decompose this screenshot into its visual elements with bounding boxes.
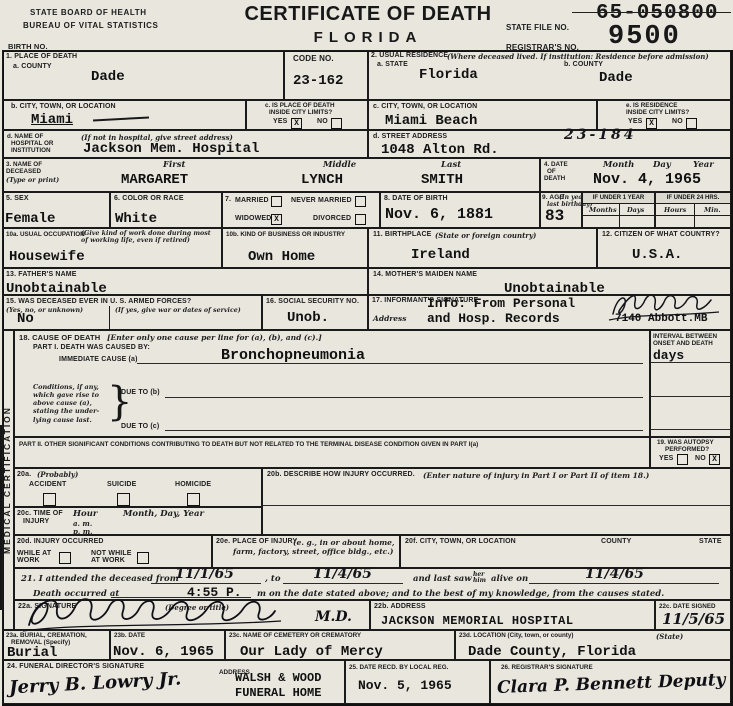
months-label: Months: [589, 206, 617, 214]
field-cause-of-death: 18. CAUSE OF DEATH [Enter only one cause…: [14, 330, 650, 437]
describe-injury-label: 20b. DESCRIBE HOW INJURY OCCURRED.: [267, 471, 415, 479]
attended-to-value: 11/4/65: [313, 566, 372, 582]
field-usual-occupation: 10a. USUAL OCCUPATION (Give kind of work…: [2, 228, 222, 268]
field-date-of-death: 4. DATE OF DEATH Month Day Year Nov. 4, …: [540, 158, 731, 192]
county-value: Dade: [91, 69, 125, 85]
cause-of-death-bracket: [Enter only one cause per line for (a), …: [107, 333, 322, 342]
sex-value: Female: [5, 211, 55, 227]
handwritten-annotation: 23-184: [564, 127, 637, 143]
item20a-num: 20a.: [17, 471, 31, 479]
last-alive-value: 11/4/65: [585, 566, 644, 582]
autopsy-no-label: NO: [695, 455, 706, 463]
marital-num: 7.: [225, 196, 231, 204]
checkbox-never-married: [355, 196, 366, 207]
occupation-label: 10a. USUAL OCCUPATION: [6, 231, 85, 239]
field-interval: INTERVAL BETWEEN ONSET AND DEATH days: [650, 330, 731, 437]
checkbox-death-limits-no: [331, 118, 342, 129]
field-citizen: 12. CITIZEN OF WHAT COUNTRY? U.S.A.: [597, 228, 731, 268]
cause-c-line: [165, 430, 643, 431]
due-to-c-label: DUE TO (c): [121, 423, 159, 431]
hospital-label3: INSTITUTION: [11, 147, 51, 155]
field-date-of-birth: 8. DATE OF BIRTH Nov. 6, 1881: [380, 192, 540, 228]
widowed-label: WIDOWED: [235, 215, 271, 223]
field-cemetery-location: 23d. LOCATION (City, town, or county) (S…: [455, 630, 731, 660]
divider: [656, 215, 732, 216]
code-no-value: 23-162: [293, 73, 343, 89]
funeral-home-line1: WALSH & WOOD: [235, 671, 321, 685]
field-under-1-year: IF UNDER 1 YEAR Months Days: [582, 192, 655, 228]
accident-label: ACCIDENT: [29, 481, 66, 489]
checkbox-while-at-work: [59, 552, 71, 564]
interval-line3: [651, 429, 730, 430]
field-injury-at-work: 20d. INJURY OCCURRED WHILE AT WORK NOT W…: [14, 535, 212, 568]
field-registrar-signature: 26. REGISTRAR'S SIGNATURE Clara P. Benne…: [490, 660, 731, 704]
usual-residence-hint: (Where deceased lived. If institution: R…: [447, 52, 709, 61]
location-value: Dade County, Florida: [468, 644, 636, 660]
injury-occurred-label: 20d. INJURY OCCURRED: [17, 538, 104, 546]
location-label: 23d. LOCATION (City, town, or county): [459, 632, 574, 640]
first-name-label: First: [163, 160, 185, 170]
dod-day-label: Day: [653, 160, 671, 170]
checkbox-residence-limits-yes: X: [646, 118, 657, 129]
birthplace-label: 11. BIRTHPLACE: [373, 231, 432, 239]
injury-county-label: COUNTY: [601, 538, 631, 546]
autopsy-yes-label: YES: [659, 455, 673, 463]
checkbox-widowed: X: [271, 214, 282, 225]
place-of-injury-hint1: (e. g., in or about home,: [293, 538, 395, 547]
hours-label: Hours: [664, 206, 686, 214]
death-limits-yes-label: YES: [273, 118, 287, 126]
residence-state-label: a. STATE: [377, 61, 408, 69]
field-death-inside-limits: c. IS PLACE OF DEATH INSIDE CITY LIMITS?…: [246, 100, 368, 130]
never-married-label: NEVER MARRIED: [291, 197, 352, 205]
residence-limits-no-label: NO: [672, 118, 683, 126]
checkbox-divorced: [355, 214, 366, 225]
checkbox-residence-limits-no: [686, 118, 697, 129]
injury-state-label: STATE: [699, 538, 722, 546]
field-hospital: d. NAME OF HOSPITAL OR INSTITUTION (If n…: [2, 130, 368, 158]
field-under-24-hrs: IF UNDER 24 HRS. Hours Min.: [655, 192, 731, 228]
business-value: Own Home: [248, 249, 315, 265]
death-limits-no-label: NO: [317, 118, 328, 126]
describe-injury-hint: (Enter nature of injury in Part I or Par…: [423, 471, 649, 480]
informant-typed1: Info: From Personal: [427, 296, 575, 311]
field-sex: 5. SEX Female: [2, 192, 110, 228]
field-birthplace: 11. BIRTHPLACE (State or foreign country…: [368, 228, 597, 268]
attended-from-line: [151, 583, 261, 584]
checkbox-mark: X: [294, 119, 299, 128]
informant-address-label: Address: [373, 314, 406, 323]
location-state-hint: (State): [656, 632, 683, 641]
field-accident-suicide-homicide: 20a. (Probably) ACCIDENT SUICIDE HOMICID…: [14, 468, 262, 507]
field-marital-status: 7. MARRIED NEVER MARRIED WIDOWED X DIVOR…: [222, 192, 380, 228]
hospital-value: Jackson Mem. Hospital: [83, 141, 259, 157]
cause-of-death-label: 18. CAUSE OF DEATH: [19, 333, 100, 342]
attended-to-word: , to: [265, 574, 281, 584]
residence-state-value: Florida: [419, 67, 478, 83]
street-address-value: 1048 Alton Rd.: [381, 142, 499, 158]
physician-signature: [21, 593, 331, 635]
conditions-brace: }: [107, 379, 132, 425]
mothers-name-label: 14. MOTHER'S MAIDEN NAME: [373, 271, 477, 279]
field-injury-city: 20f. CITY, TOWN, OR LOCATION COUNTY STAT…: [400, 535, 731, 568]
funeral-director-label: 24. FUNERAL DIRECTOR'S SIGNATURE: [7, 663, 144, 671]
date-received-label: 25. DATE RECD. BY LOCAL REG.: [349, 664, 448, 672]
registrar-signature-label: 26. REGISTRAR'S SIGNATURE: [501, 664, 593, 672]
dod-year-label: Year: [693, 160, 714, 170]
last-name-label: Last: [441, 160, 461, 170]
part2-label: PART II. OTHER SIGNIFICANT CONDITIONS CO…: [19, 441, 639, 449]
cause-a-line: [137, 363, 643, 364]
probably-hint: (Probably): [37, 470, 78, 479]
document-state: FLORIDA: [228, 29, 508, 46]
city-of-death-value: Miami: [31, 112, 73, 128]
race-label: 6. COLOR OR RACE: [114, 195, 184, 203]
funeral-home-line2: FUNERAL HOME: [235, 686, 321, 700]
part1-label: PART I. DEATH WAS CAUSED BY:: [33, 344, 150, 352]
field-color-or-race: 6. COLOR OR RACE White: [110, 192, 222, 228]
name-label2: DECEASED: [6, 168, 41, 176]
not-while-label2: AT WORK: [91, 557, 125, 565]
residence-city-value: Miami Beach: [385, 113, 477, 129]
last-name-value: SMITH: [421, 172, 463, 188]
checkbox-mark: X: [274, 215, 279, 224]
dob-value: Nov. 6, 1881: [385, 206, 493, 223]
checkbox-not-while-at-work: [137, 552, 149, 564]
min-label: Min.: [704, 206, 721, 214]
field-physician-address: 22b. ADDRESS JACKSON MEMORIAL HOSPITAL: [370, 600, 655, 630]
dod-value: Nov. 4, 1965: [593, 171, 701, 188]
field-burial-type: 23a. BURIAL, CREMATION, REMOVAL (Specify…: [2, 630, 110, 660]
burial-value: Burial: [7, 645, 57, 661]
residence-county-value: Dade: [599, 70, 633, 86]
checkbox-homicide: [187, 493, 200, 506]
field-physician-signature: 22a. SIGNATURE (Degree or title) M.D.: [14, 600, 370, 630]
dob-label: 8. DATE OF BIRTH: [384, 195, 448, 203]
checkbox-accident: [43, 493, 56, 506]
state-file-underline: [572, 12, 731, 13]
field-place-of-injury: 20e. PLACE OF INJURY (e. g., in or about…: [212, 535, 400, 568]
checkbox-married: [271, 196, 282, 207]
ssn-label: 16. SOCIAL SECURITY NO.: [266, 298, 359, 306]
state-file-label: STATE FILE NO.: [506, 23, 569, 33]
alive-on-text: alive on: [491, 574, 528, 584]
immediate-cause-label: IMMEDIATE CAUSE (a): [59, 356, 138, 364]
month-day-year-label: Month, Day, Year: [123, 509, 204, 519]
age-value: 83: [545, 207, 564, 225]
burial-date-label: 23b. DATE: [114, 632, 145, 640]
armed-forces-value: No: [17, 311, 34, 327]
attended-to-line: [283, 583, 403, 584]
document-title: CERTIFICATE OF DEATH: [228, 3, 508, 26]
injury-city-label: 20f. CITY, TOWN, OR LOCATION: [405, 538, 516, 546]
place-of-injury-label: 20e. PLACE OF INJURY: [216, 538, 297, 546]
field-residence-inside-limits: e. IS RESIDENCE INSIDE CITY LIMITS? YES …: [597, 100, 731, 130]
field-age: 9. AGE (In years last birthday) 83: [540, 192, 582, 228]
field-informant: 17. INFORMANT'S SIGNATURE Info: From Per…: [368, 295, 731, 330]
armed-forces-label: 15. WAS DECEASED EVER IN U. S. ARMED FOR…: [6, 298, 191, 306]
residence-county-label: b. COUNTY: [564, 61, 603, 69]
field-name-of-deceased: 3. NAME OF DECEASED (Type or print) Firs…: [2, 158, 540, 192]
last-alive-line: [529, 583, 719, 584]
field-fathers-name: 13. FATHER'S NAME Unobtainable: [2, 268, 368, 295]
code-no-label: CODE NO.: [293, 54, 334, 64]
checkbox-mark: X: [712, 455, 717, 464]
city-of-death-label: b. CITY, TOWN, OR LOCATION: [11, 103, 116, 111]
under-24-hrs-header: IF UNDER 24 HRS.: [656, 193, 730, 204]
field-armed-forces: 15. WAS DECEASED EVER IN U. S. ARMED FOR…: [2, 295, 262, 330]
field-time-of-injury: 20c. TIME OF INJURY Hour a. m. p. m. Mon…: [14, 507, 262, 535]
death-limits-label2: INSIDE CITY LIMITS?: [269, 109, 332, 117]
homicide-label: HOMICIDE: [175, 481, 211, 489]
race-value: White: [115, 211, 157, 227]
citizen-label: 12. CITIZEN OF WHAT COUNTRY?: [602, 231, 720, 239]
divider: [109, 306, 110, 329]
name-label3: (Type or print): [6, 176, 59, 184]
physician-degree: M.D.: [315, 609, 352, 625]
fathers-name-label: 13. FATHER'S NAME: [6, 271, 77, 279]
interval-line1: [651, 362, 730, 363]
business-label: 10b. KIND OF BUSINESS OR INDUSTRY: [226, 231, 345, 239]
field-date-signed: 22c. DATE SIGNED 11/5/65: [655, 600, 731, 630]
usual-residence-label: 2. USUAL RESIDENCE: [371, 52, 448, 60]
ssn-value: Unob.: [287, 310, 329, 326]
agency-line2: BUREAU OF VITAL STATISTICS: [23, 21, 158, 31]
checkbox-autopsy-yes: [677, 454, 688, 465]
cause-b-line: [165, 397, 643, 398]
field-cemetery: 23c. NAME OF CEMETERY OR CREMATORY Our L…: [225, 630, 455, 660]
while-at-work-label2: WORK: [17, 557, 40, 565]
date-signed-value: 11/5/65: [662, 610, 725, 628]
residence-limits-label2: INSIDE CITY LIMITS?: [626, 109, 689, 117]
place-of-death-label: 1. PLACE OF DEATH: [6, 53, 77, 61]
middle-name-label: Middle: [323, 160, 356, 170]
cemetery-value: Our Lady of Mercy: [240, 644, 383, 660]
informant-typed2: and Hosp. Records: [427, 311, 560, 326]
him-text: him: [473, 578, 486, 584]
divider: [619, 204, 620, 229]
divider: [694, 204, 695, 229]
citizen-value: U.S.A.: [632, 247, 682, 263]
middle-name-value: LYNCH: [301, 172, 343, 188]
armed-forces-hint2: (If yes, give war or dates of service): [115, 307, 241, 314]
dod-label3: DEATH: [544, 175, 565, 183]
registrar-signature-value: Clara P. Bennett Deputy: [497, 670, 726, 698]
divider: [583, 215, 656, 216]
checkbox-autopsy-no: X: [709, 454, 720, 465]
injury-writein-line: [263, 505, 730, 506]
handwritten-dash: [93, 117, 149, 122]
birthplace-value: Ireland: [411, 247, 470, 263]
checkbox-suicide: [117, 493, 130, 506]
autopsy-label2: PERFORMED?: [665, 446, 709, 454]
field-burial-date: 23b. DATE Nov. 6, 1965: [110, 630, 225, 660]
first-name-value: MARGARET: [121, 172, 188, 188]
conditions-note: Conditions, if any, which gave rise to a…: [33, 383, 107, 424]
field-date-received: 25. DATE RECD. BY LOCAL REG. Nov. 5, 196…: [345, 660, 490, 704]
field-business-industry: 10b. KIND OF BUSINESS OR INDUSTRY Own Ho…: [222, 228, 368, 268]
residence-limits-yes-label: YES: [628, 118, 642, 126]
attended-from-value: 11/1/65: [175, 566, 234, 582]
date-received-value: Nov. 5, 1965: [358, 678, 452, 693]
dod-month-label: Month: [603, 160, 634, 170]
field-street-address: d. STREET ADDRESS 23-184 1048 Alton Rd.: [368, 130, 731, 158]
checkbox-mark: X: [649, 119, 654, 128]
interval-value: days: [653, 348, 684, 363]
field-place-of-death: 1. PLACE OF DEATH a. COUNTY Dade: [2, 50, 284, 100]
sex-label: 5. SEX: [6, 195, 29, 203]
cause-a-value: Bronchopneumonia: [221, 347, 365, 364]
under-1-year-header: IF UNDER 1 YEAR: [583, 193, 654, 204]
field-autopsy: 19. WAS AUTOPSY PERFORMED? YES NO X: [650, 437, 731, 468]
medical-certification-vertical-label: MEDICAL CERTIFICATION: [2, 330, 14, 630]
field-usual-residence: 2. USUAL RESIDENCE (Where deceased lived…: [368, 50, 731, 100]
street-address-label: d. STREET ADDRESS: [373, 133, 447, 141]
cemetery-label: 23c. NAME OF CEMETERY OR CREMATORY: [229, 632, 361, 640]
burial-date-value: Nov. 6, 1965: [113, 644, 214, 660]
residence-city-label: c. CITY, TOWN, OR LOCATION: [373, 103, 477, 111]
interval-line2: [651, 396, 730, 397]
birthplace-hint: (State or foreign country): [435, 231, 536, 240]
agency-line1: STATE BOARD OF HEALTH: [30, 8, 147, 18]
divorced-label: DIVORCED: [313, 215, 351, 223]
occupation-value: Housewife: [9, 249, 85, 265]
funeral-director-signature: Jerry B. Lowry Jr.: [9, 669, 182, 699]
death-certificate-document: STATE BOARD OF HEALTH BUREAU OF VITAL ST…: [0, 0, 733, 706]
field-city-of-death: b. CITY, TOWN, OR LOCATION Miami: [2, 100, 246, 130]
occupation-hint: (Give kind of work done during most of w…: [81, 230, 219, 244]
hour-label: Hour: [73, 509, 97, 519]
field-funeral-director: 24. FUNERAL DIRECTOR'S SIGNATURE Jerry B…: [2, 660, 345, 704]
due-to-b-label: DUE TO (b): [121, 389, 160, 397]
last-saw-text: and last saw: [413, 574, 472, 584]
field-part2: PART II. OTHER SIGNIFICANT CONDITIONS CO…: [14, 437, 650, 468]
married-label: MARRIED: [235, 197, 269, 205]
physician-address-label: 22b. ADDRESS: [374, 603, 426, 611]
field-code-no: CODE NO. 23-162: [284, 50, 368, 100]
interval-label2: ONSET AND DEATH: [653, 340, 713, 348]
checkbox-death-limits-yes: X: [291, 118, 302, 129]
county-label: a. COUNTY: [13, 63, 52, 71]
field-describe-injury: 20b. DESCRIBE HOW INJURY OCCURRED. (Ente…: [262, 468, 731, 535]
days-label: Days: [627, 206, 644, 214]
field-social-security: 16. SOCIAL SECURITY NO. Unob.: [262, 295, 368, 330]
place-of-injury-hint2: farm, factory, street, office bldg., etc…: [233, 547, 393, 556]
suicide-label: SUICIDE: [107, 481, 136, 489]
informant-signature: [607, 290, 727, 324]
time-of-injury-label2: INJURY: [23, 518, 49, 526]
physician-address-value: JACKSON MEMORIAL HOSPITAL: [381, 614, 574, 628]
registrar-number: 9500: [608, 22, 681, 52]
field-residence-city: c. CITY, TOWN, OR LOCATION Miami Beach: [368, 100, 597, 130]
